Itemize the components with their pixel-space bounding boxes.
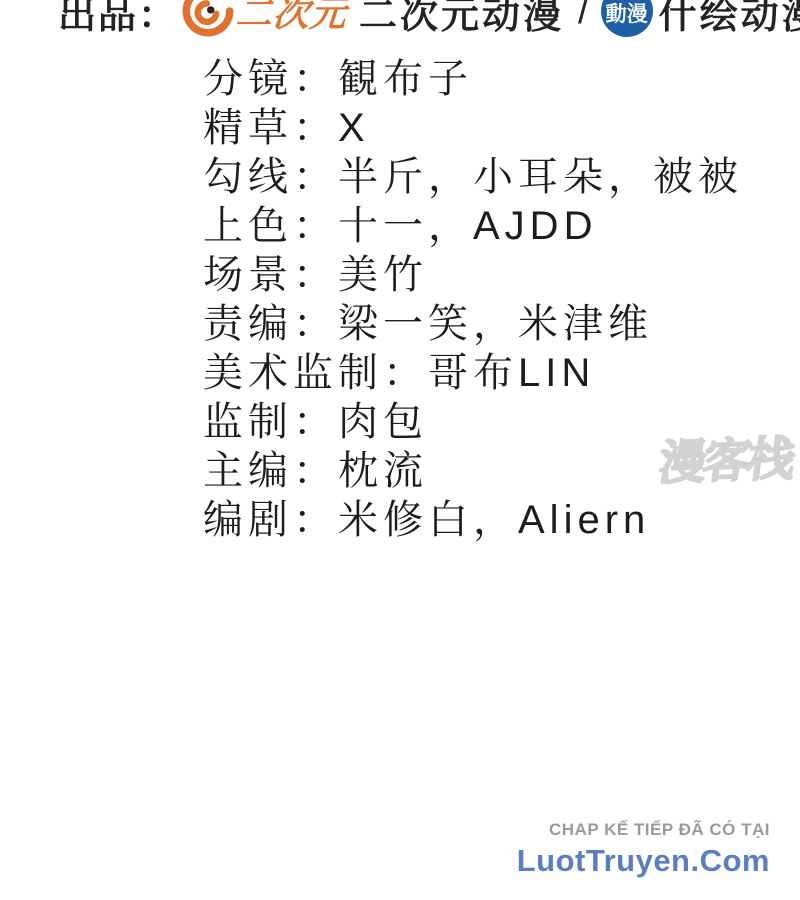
- credit-line-background: 场景：美竹: [203, 251, 743, 300]
- comic-credits-page: 出品： 二次元 二次元动漫 / 動漫 什绘动漫 分镜：観布子 精草：X 勾线：半…: [0, 0, 800, 900]
- credit-line-coloring: 上色：十一，AJDD: [203, 202, 743, 251]
- brand2-name: 什绘动漫: [659, 0, 800, 39]
- brand2-logo-text: 動漫: [606, 0, 648, 37]
- credit-line-screenwriter: 编剧：米修白，Aliern: [203, 496, 743, 545]
- brand1-name: 二次元动漫: [359, 0, 564, 39]
- site-credit: CHAP KẾ TIẾP ĐÃ CÓ TẠI LuotTruyen.Com: [517, 820, 770, 879]
- producer-label: 出品：: [58, 0, 178, 39]
- credit-line-storyboard: 分镜：観布子: [203, 55, 743, 104]
- credit-line-refined-draft: 精草：X: [203, 104, 743, 153]
- credit-line-editor: 责编：梁一笑，米津维: [203, 300, 743, 349]
- credit-line-art-supervisor: 美术监制：哥布LIN: [203, 349, 743, 398]
- brand-separator: /: [578, 0, 591, 33]
- credit-line-lineart: 勾线：半斤，小耳朵，被被: [203, 153, 743, 202]
- mankezhan-watermark: 漫客栈: [655, 422, 797, 494]
- next-chapter-tagline: CHAP KẾ TIẾP ĐÃ CÓ TẠI: [517, 820, 770, 840]
- producer-row: 出品： 二次元 二次元动漫 / 動漫 什绘动漫: [58, 0, 800, 39]
- brand1-logo-text: 二次元: [234, 0, 349, 37]
- site-name: LuotTruyen.Com: [517, 843, 770, 879]
- snail-spiral-logo-icon: [182, 0, 234, 37]
- brand2-circle-logo-icon: 動漫: [601, 0, 653, 37]
